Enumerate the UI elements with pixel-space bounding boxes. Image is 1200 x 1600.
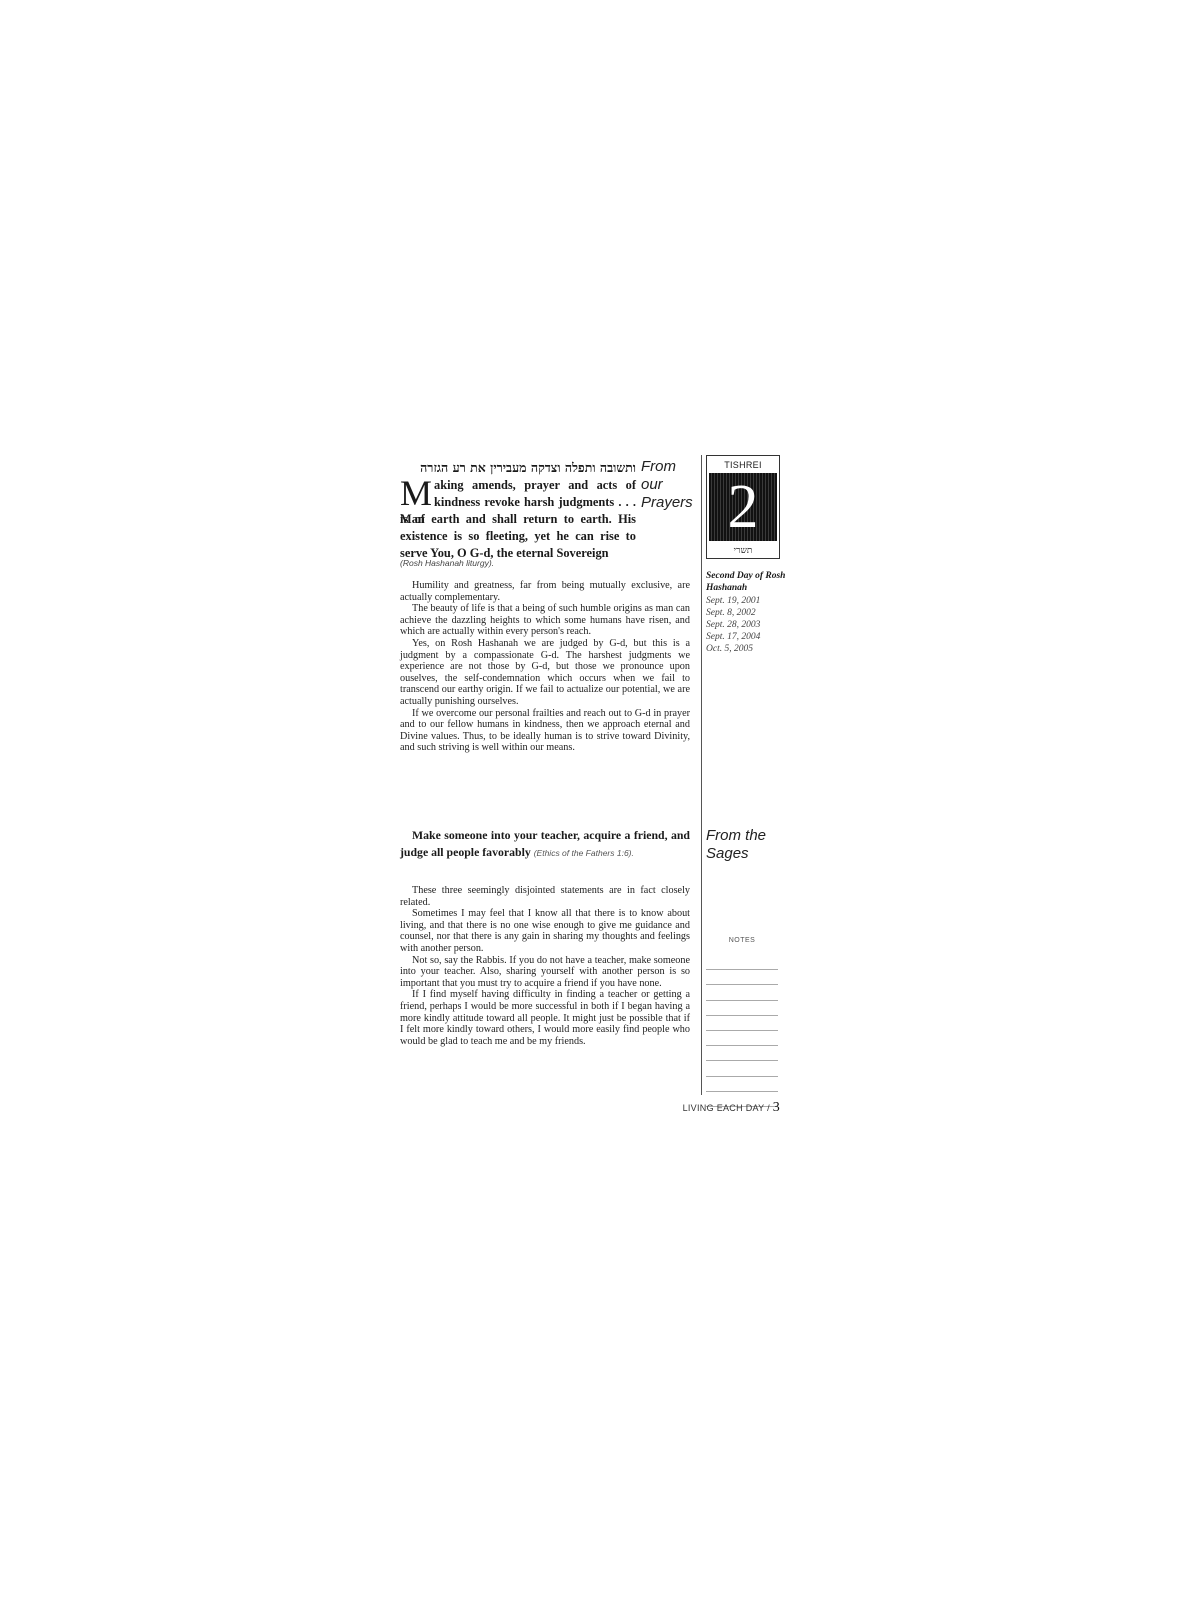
note-line [706,1031,778,1046]
paragraph: Humility and greatness, far from being m… [400,580,690,603]
sages-source: (Ethics of the Fathers 1:6). [534,848,634,858]
drop-cap: M [400,478,432,508]
paragraph: Yes, on Rosh Hashanah we are judged by G… [400,638,690,708]
sages-commentary: These three seemingly disjointed stateme… [400,885,690,1047]
note-line [706,1077,778,1092]
date-item: Sept. 28, 2003 [706,619,786,631]
notes-title: NOTES [706,937,778,944]
day-number: 2 [709,473,777,541]
prayer-quote-rest: is of earth and shall return to earth. H… [400,511,636,562]
paragraph: Not so, say the Rabbis. If you do not ha… [400,955,690,990]
note-line [706,1016,778,1031]
notes-lines [706,955,778,1107]
prayer-commentary: Humility and greatness, far from being m… [400,580,690,754]
calendar-date-box: TISHREI 2 תשרי [706,455,780,559]
paragraph: These three seemingly disjointed stateme… [400,885,690,908]
month-label: TISHREI [707,460,779,470]
hebrew-prayer-text: ותשובה ותפלה וצדקה מעבירין את רע הגזרה [400,459,636,477]
occasion-title: Second Day of Rosh Hashanah [706,570,786,594]
note-line [706,985,778,1000]
prayer-source: (Rosh Hashanah liturgy). [400,558,494,568]
hebrew-month-label: תשרי [707,545,779,556]
occurrence-dates: Sept. 19, 2001 Sept. 8, 2002 Sept. 28, 2… [706,595,786,655]
page-number: 3 [773,1100,780,1115]
paragraph: The beauty of life is that a being of su… [400,603,690,638]
note-line [706,1061,778,1076]
date-item: Sept. 8, 2002 [706,607,786,619]
note-line [706,970,778,985]
section-label-prayers: From our Prayers [641,458,701,512]
book-page: ותשובה ותפלה וצדקה מעבירין את רע הגזרה M… [400,455,785,1135]
date-item: Sept. 17, 2004 [706,631,786,643]
sages-quote: Make someone into your teacher, acquire … [400,827,690,862]
date-item: Oct. 5, 2005 [706,643,786,655]
page-footer: LIVING EACH DAY / 3 [680,1100,780,1116]
paragraph: If we overcome our personal frailties an… [400,708,690,754]
note-line [706,1046,778,1061]
paragraph: If I find myself having difficulty in fi… [400,989,690,1047]
note-line [706,955,778,970]
paragraph: Sometimes I may feel that I know all tha… [400,908,690,954]
running-title: LIVING EACH DAY / [683,1103,770,1113]
section-label-sages: From the Sages [706,827,786,863]
date-item: Sept. 19, 2001 [706,595,786,607]
column-divider [701,455,702,1095]
note-line [706,1001,778,1016]
